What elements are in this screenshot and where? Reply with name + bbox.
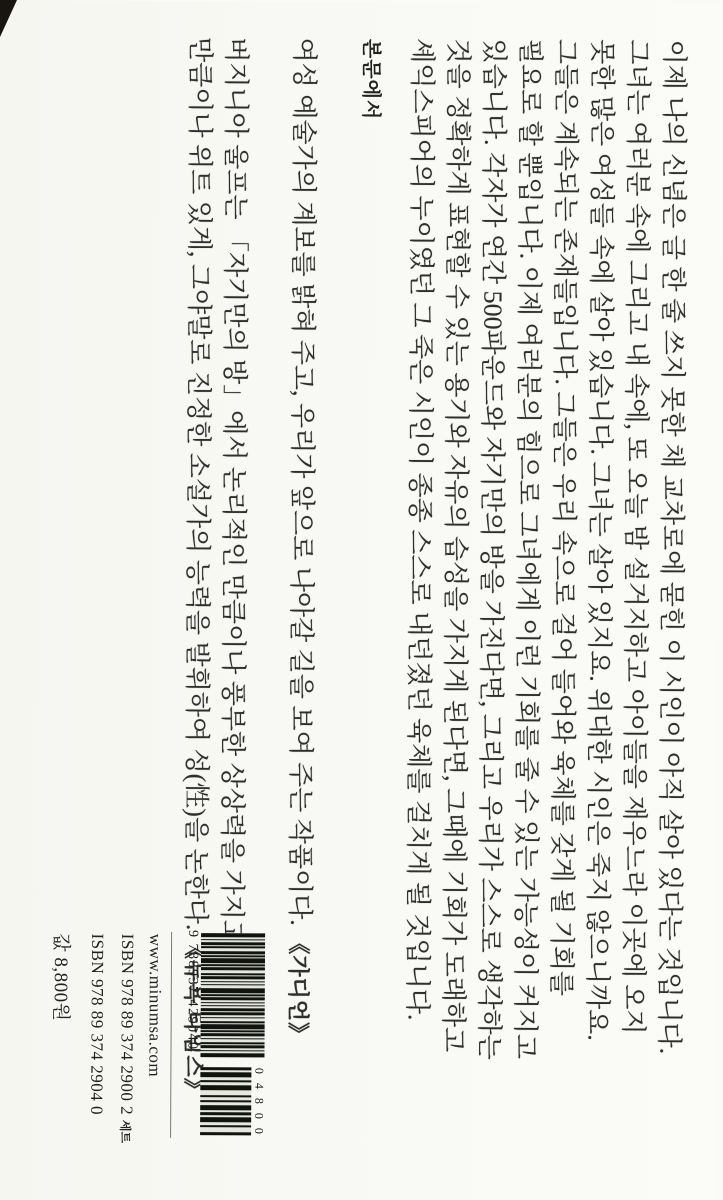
scanned-page: { "excerpt": { "lines": [ "이제 나의 신념은 글 한… [0,0,723,1200]
excerpt-paragraph: 이제 나의 신념은 글 한 줄 쓰지 못한 채 교차로에 묻힌 이 시인이 아직… [400,38,692,825]
book-back-cover: 이제 나의 신념은 글 한 줄 쓰지 못한 채 교차로에 묻힌 이 시인이 아직… [0,0,722,1200]
price-label: 값 8,800원 [49,933,76,1021]
excerpt-line: 그들은 계속되는 존재들입니다. 그들은 우리 속으로 걸어 들어와 육체를 갖… [544,39,584,825]
scan-corner-artifact [0,0,17,37]
excerpt-line: 있습니다. 각자가 연간 500파운드와 자기만의 방을 가진다면, 그리고 우… [472,38,512,824]
excerpt-line: 필요로 할 뿐입니다. 이제 여러분의 힘으로 그녀에게 이런 기회를 줄 수 … [508,39,548,825]
review-text: 만큼이나 위트 있게, 그야말로 진정한 소설가의 능력을 발휘하여 성(性)을… [181,37,215,937]
review-line-nyt-1: 버지니아 울프는 「자기만의 방」에서 논리적인 만큼이나 풍부한 상상력을 가… [214,37,254,847]
isbn-volume: ISBN 978 89 374 2904 0 [86,933,107,1115]
press-reviews: 여성 예술가의 계보를 밝혀 주고, 우리가 앞으로 나아갈 길을 보여 주는 … [177,37,322,848]
excerpt-line: 셰익스피어의 누이였던 그 죽은 시인이 종종 스스로 내던졌던 육체를 걸치게… [400,38,440,824]
excerpt-line: 못한 많은 여성들 속에 살아 있습니다. 그녀는 살아 있지요. 위대한 시인… [580,39,620,825]
review-text: 버지니아 울프는 「자기만의 방」에서 논리적인 만큼이나 풍부한 상상력을 가… [217,37,251,1033]
barcode-divider [170,932,172,1138]
excerpt-line: 것을 정확하게 표현할 수 있는 용기와 자유의 습성을 가지게 된다면, 그때… [436,38,476,824]
isbn-set-suffix: 세트 [118,1120,132,1143]
review-line-guardian: 여성 예술가의 계보를 밝혀 주고, 우리가 앞으로 나아갈 길을 보여 주는 … [281,37,322,847]
excerpt-attribution: 본문에서 [358,39,387,120]
review-text: 여성 예술가의 계보를 밝혀 주고, 우리가 앞으로 나아갈 길을 보여 주는 … [285,38,319,933]
excerpt-line: 이제 나의 신념은 글 한 줄 쓰지 못한 채 교차로에 묻힌 이 시인이 아직… [652,39,692,825]
publisher-website: www.minumsa.com [144,934,165,1077]
review-spacer [250,37,285,847]
ean-barcode-bars [200,933,265,1057]
ean-addon-digits: 0 4 8 0 0 [251,1067,266,1137]
ean-barcode-digits: 9 788937 429040 [183,930,200,1062]
isbn-set-number: ISBN 978 89 374 2900 2 [117,934,137,1120]
review-line-nyt-2: 만큼이나 위트 있게, 그야말로 진정한 소설가의 능력을 발휘하여 성(性)을… [177,37,218,847]
review-source-guardian: 《가디언》 [286,932,312,1045]
ean-addon-bars [200,1067,251,1135]
excerpt-line: 그녀는 여러분 속에 그리고 내 속에, 또 오늘 밤 설거지하고 아이들을 재… [616,39,656,825]
isbn-set: ISBN 978 89 374 2900 2 세트 [116,934,137,1144]
